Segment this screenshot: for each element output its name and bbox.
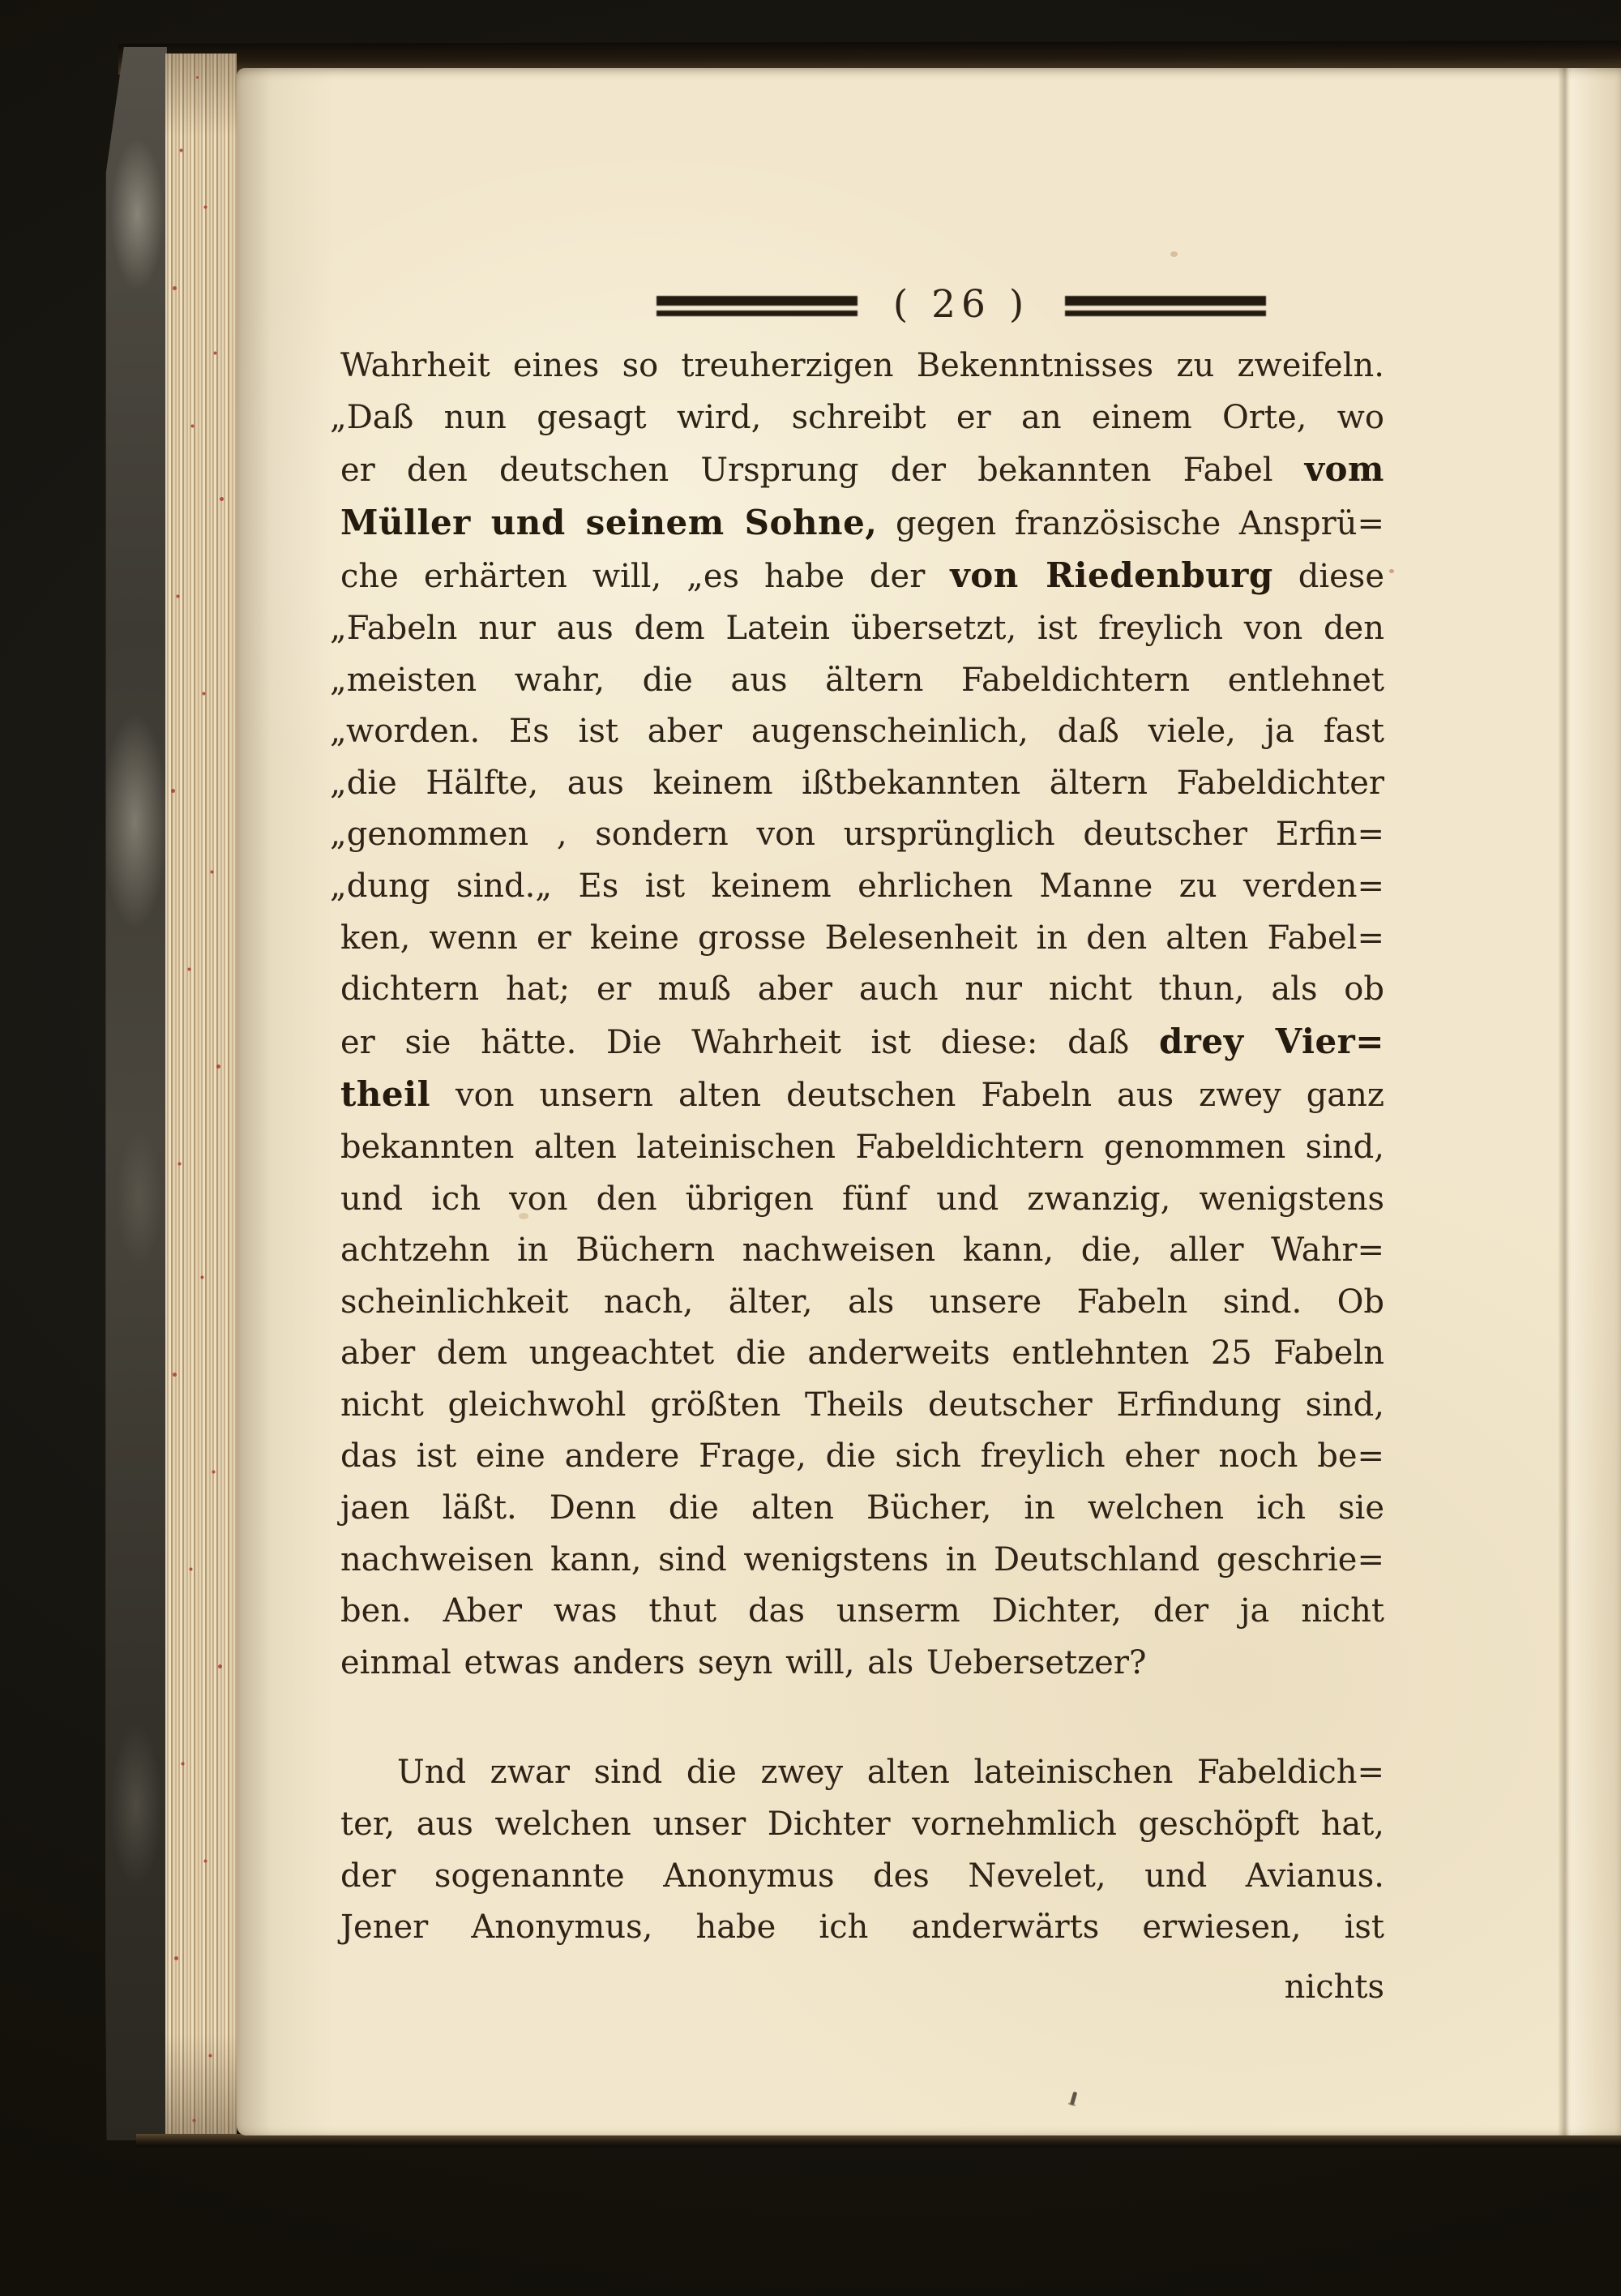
page-number: ( 26 ): [893, 282, 1029, 327]
emphasized-text: von Riedenburg: [950, 555, 1272, 595]
text-segment: „dung sind.„ Es ist keinem ehrlichen Man…: [330, 867, 1384, 905]
text-line: „dung sind.„ Es ist keinem ehrlichen Man…: [340, 861, 1384, 913]
text-segment: „meisten wahr, die aus ältern Fabeldicht…: [330, 662, 1384, 699]
text-segment: der sogenannte Anonymus des Nevelet, und…: [340, 1857, 1384, 1895]
text-segment: Wahrheit eines so treuherzigen Bekenntni…: [340, 347, 1384, 384]
marbled-cover-edge: [105, 47, 167, 2140]
paragraph-2: Und zwar sind die zwey alten lateinische…: [340, 1747, 1384, 1953]
page-edge-stack: [165, 54, 237, 2139]
text-line: „Fabeln nur aus dem Latein übersetzt, is…: [340, 603, 1384, 655]
text-segment: ken, wenn er keine grosse Belesenheit in…: [340, 919, 1384, 957]
text-segment: Und zwar sind die zwey alten lateinische…: [397, 1754, 1384, 1791]
emphasized-text: drey Vier=: [1159, 1022, 1384, 1061]
text-segment: gegen französische Ansprü=: [877, 505, 1384, 542]
text-segment: ben. Aber was thut das unserm Dichter, d…: [340, 1592, 1384, 1630]
text-line: nachweisen kann, sind wenigstens in Deut…: [340, 1535, 1384, 1587]
ink-mark: [1070, 2092, 1077, 2106]
book-bottom-edge: [136, 2134, 1621, 2147]
text-line: achtzehn in Büchern nachweisen kann, die…: [340, 1225, 1384, 1277]
text-segment: „die Hälfte, aus keinem ißtbekannten ält…: [330, 765, 1384, 802]
text-line: er den deutschen Ursprung der bekannten …: [340, 443, 1384, 497]
text-line: „die Hälfte, aus keinem ißtbekannten ält…: [340, 758, 1384, 810]
text-line: nicht gleichwohl größten Theils deutsche…: [340, 1380, 1384, 1432]
text-line: dichtern hat; er muß aber auch nur nicht…: [340, 964, 1384, 1016]
catchword: nichts: [1285, 1968, 1384, 2006]
emphasized-text: theil: [340, 1074, 430, 1114]
text-line: das ist eine andere Frage, die sich frey…: [340, 1431, 1384, 1483]
text-block: Wahrheit eines so treuherzigen Bekenntni…: [340, 341, 1384, 1954]
text-segment: ter, aus welchen unser Dichter vornehmli…: [340, 1806, 1384, 1843]
photo-background: ( 26 ) Wahrheit eines so treuherzigen Be…: [0, 0, 1621, 2296]
red-sprinkle-speckles: [196, 76, 199, 79]
text-segment: er sie hätte. Die Wahrheit ist diese: da…: [340, 1024, 1159, 1061]
text-segment: bekannten alten lateinischen Fabeldichte…: [340, 1129, 1384, 1166]
text-line: er sie hätte. Die Wahrheit ist diese: da…: [340, 1016, 1384, 1069]
text-line: einmal etwas anders seyn will, als Ueber…: [340, 1638, 1384, 1690]
text-line: und ich von den übrigen fünf und zwanzig…: [340, 1174, 1384, 1226]
text-line: „meisten wahr, die aus ältern Fabeldicht…: [340, 655, 1384, 707]
text-segment: dichtern hat; er muß aber auch nur nicht…: [340, 970, 1384, 1008]
page-header: ( 26 ): [640, 271, 1282, 341]
text-segment: nicht gleichwohl größten Theils deutsche…: [340, 1386, 1384, 1424]
text-segment: von unsern alten deutschen Fabeln aus zw…: [430, 1077, 1384, 1114]
paper-stain: [1389, 569, 1394, 573]
text-segment: einmal etwas anders seyn will, als Ueber…: [340, 1644, 1146, 1681]
text-line: Jener Anonymus, habe ich anderwärts erwi…: [340, 1902, 1384, 1954]
paper-stain: [1170, 251, 1178, 257]
text-segment: achtzehn in Büchern nachweisen kann, die…: [340, 1232, 1384, 1269]
text-line: scheinlichkeit nach, älter, als unsere F…: [340, 1277, 1384, 1329]
text-line: ter, aus welchen unser Dichter vornehmli…: [340, 1799, 1384, 1851]
paper-stain: [877, 1881, 883, 1885]
text-segment: „Fabeln nur aus dem Latein übersetzt, is…: [330, 610, 1384, 647]
text-segment: und ich von den übrigen fünf und zwanzig…: [340, 1180, 1384, 1218]
text-line: ken, wenn er keine grosse Belesenheit in…: [340, 913, 1384, 965]
header-rule-left: [657, 296, 858, 316]
text-segment: „Daß nun gesagt wird, schreibt er an ein…: [330, 399, 1384, 436]
page-gutter-shading: [1571, 68, 1621, 2135]
paragraph-1: Wahrheit eines so treuherzigen Bekenntni…: [340, 341, 1384, 1689]
text-line: theil von unsern alten deutschen Fabeln …: [340, 1069, 1384, 1122]
text-segment: che erhärten will, „es habe der: [340, 558, 950, 595]
text-line: der sogenannte Anonymus des Nevelet, und…: [340, 1851, 1384, 1903]
text-segment: Jener Anonymus, habe ich anderwärts erwi…: [340, 1908, 1384, 1946]
text-segment: er den deutschen Ursprung der bekannten …: [340, 452, 1305, 489]
text-segment: das ist eine andere Frage, die sich frey…: [340, 1437, 1384, 1475]
text-line: che erhärten will, „es habe der von Ried…: [340, 550, 1384, 603]
emphasized-text: vom: [1305, 449, 1384, 489]
paper-stain: [519, 1213, 528, 1219]
text-line: „worden. Es ist aber augenscheinlich, da…: [340, 706, 1384, 758]
emphasized-text: Müller und seinem Sohne,: [340, 503, 877, 542]
text-line: „genommen , sondern von ursprünglich deu…: [340, 809, 1384, 861]
text-segment: jaen läßt. Denn die alten Bücher, in wel…: [340, 1489, 1384, 1527]
text-segment: scheinlichkeit nach, älter, als unsere F…: [340, 1283, 1384, 1321]
book-page: ( 26 ) Wahrheit eines so treuherzigen Be…: [237, 68, 1621, 2135]
text-line: Und zwar sind die zwey alten lateinische…: [340, 1747, 1384, 1799]
catchword-row: nichts: [340, 1968, 1384, 2006]
text-line: Müller und seinem Sohne, gegen französis…: [340, 497, 1384, 550]
text-segment: nachweisen kann, sind wenigstens in Deut…: [340, 1541, 1384, 1578]
text-line: bekannten alten lateinischen Fabeldichte…: [340, 1122, 1384, 1174]
text-line: aber dem ungeachtet die anderweits entle…: [340, 1328, 1384, 1380]
text-line: „Daß nun gesagt wird, schreibt er an ein…: [340, 392, 1384, 444]
text-segment: aber dem ungeachtet die anderweits entle…: [340, 1334, 1384, 1372]
text-segment: „worden. Es ist aber augenscheinlich, da…: [330, 713, 1384, 750]
text-segment: „genommen , sondern von ursprünglich deu…: [330, 816, 1384, 853]
page-gutter-fold: [1558, 68, 1571, 2135]
text-line: ben. Aber was thut das unserm Dichter, d…: [340, 1586, 1384, 1638]
text-line: Wahrheit eines so treuherzigen Bekenntni…: [340, 341, 1384, 392]
header-rule-right: [1065, 296, 1266, 316]
text-line: jaen läßt. Denn die alten Bücher, in wel…: [340, 1483, 1384, 1535]
text-segment: diese: [1273, 558, 1384, 595]
